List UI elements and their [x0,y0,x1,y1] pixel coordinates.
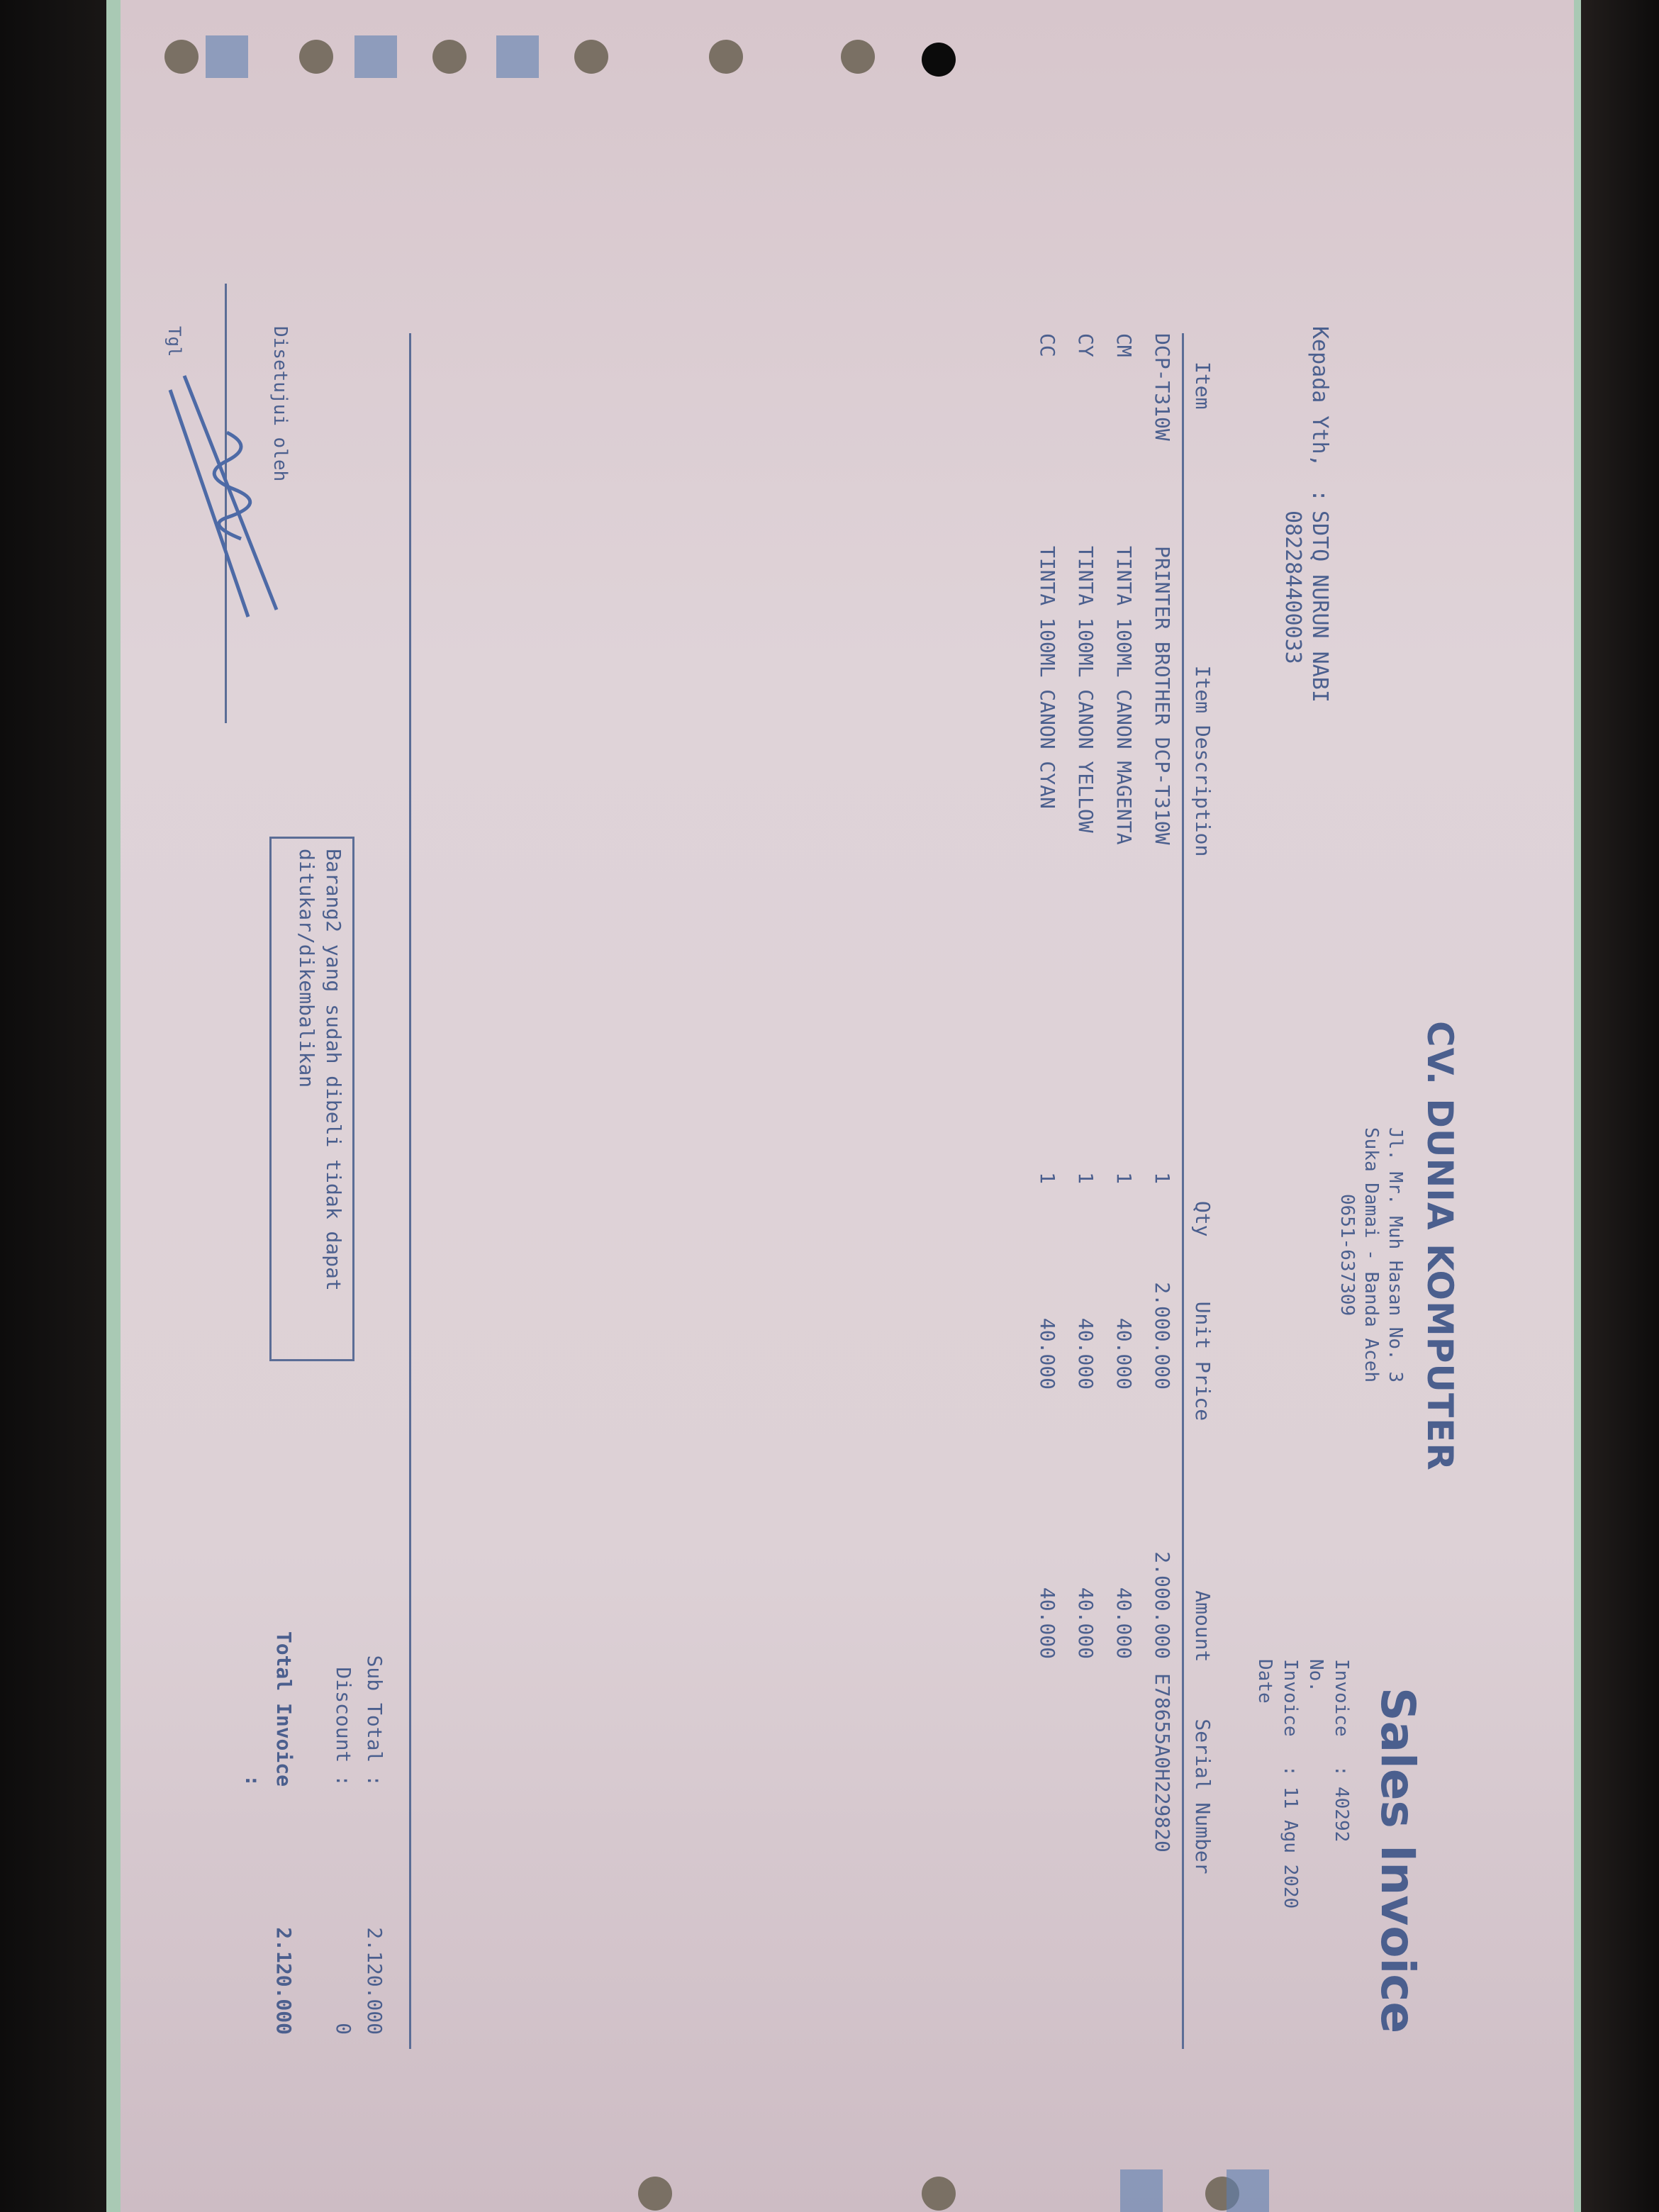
cell-amount: 40.000 [1037,1390,1060,1659]
cell-item: CM [1113,333,1136,546]
line-items-table: Item Item Description Qty Unit Price Amo… [1029,333,1234,2049]
separator: : [1252,1765,1303,1787]
address-line-1: Jl. Mr. Muh Hasan No. 3 [1383,1106,1407,1404]
discount-label: Discount : [328,1616,359,1801]
address-line-2: Suka Damai - Banda Aceh [1359,1106,1383,1404]
table-row: CY TINTA 100ML CANON YELLOW 1 40.000 40.… [1067,333,1105,2049]
subtotal-row: Sub Total : 2.120.000 [359,1616,390,2035]
header-serial: Serial Number [1191,1662,1214,2049]
cell-item: DCP-T310W [1151,333,1175,546]
document-title: Sales Invoice [1370,1687,1425,2033]
subtotal-label: Sub Total : [359,1616,390,1801]
cell-unit-price: 40.000 [1113,1184,1136,1390]
cell-qty: 1 [1075,1127,1098,1184]
cell-description: TINTA 100ML CANON CYAN [1037,546,1060,1127]
notice-line-1: Barang2 yang sudah dibeli tidak dapat [320,849,347,1349]
invoice-date-value: 11 Agu 2020 [1252,1787,1303,1909]
customer-phone-row: 082284400033 [1279,326,1306,703]
total-label: Total Invoice : [237,1616,299,1801]
cell-unit-price: 2.000.000 [1151,1184,1175,1390]
cell-item: CY [1075,333,1098,546]
discount-row: Discount : 0 [328,1616,359,2035]
header-description: Item Description [1191,552,1214,1186]
cell-qty: 1 [1151,1127,1175,1184]
company-address: Jl. Mr. Muh Hasan No. 3 Suka Damai - Ban… [1335,1106,1407,1404]
date-label: Tgl [164,326,184,357]
invoice-no-value: 40292 [1303,1787,1354,1842]
totals-block: Sub Total : 2.120.000 Discount : 0 Total… [237,1616,390,2035]
invoice-document: CV. DUNIA KOMPUTER Jl. Mr. Muh Hasan No.… [128,99,1517,2141]
invoice-date-label: Invoice Date [1252,1659,1303,1765]
footer-divider [409,333,411,2049]
total-value: 2.120.000 [237,1801,299,2035]
table-row: DCP-T310W PRINTER BROTHER DCP-T310W 1 2.… [1144,333,1182,2049]
separator: : [1303,1765,1354,1787]
customer-name: SDTQ NURUN NABI [1306,510,1333,703]
cell-amount: 40.000 [1113,1390,1136,1659]
header-item: Item [1191,333,1214,552]
header-qty: Qty [1191,1186,1214,1237]
company-name: CV. DUNIA KOMPUTER [1419,1021,1460,1471]
customer-name-row: Kepada Yth, : SDTQ NURUN NABI [1306,326,1333,703]
spacer [1279,326,1306,489]
customer-block: Kepada Yth, : SDTQ NURUN NABI 0822844000… [1279,326,1333,703]
cell-qty: 1 [1113,1127,1136,1184]
signature-scribble-icon [149,369,291,624]
cell-amount: 2.000.000 [1151,1390,1175,1659]
cell-serial: E78655A0H229820 [1151,1659,1175,2042]
cell-item: CC [1037,333,1060,546]
cell-qty: 1 [1037,1127,1060,1184]
table-row: CM TINTA 100ML CANON MAGENTA 1 40.000 40… [1105,333,1144,2049]
cell-unit-price: 40.000 [1037,1184,1060,1390]
customer-phone: 082284400033 [1279,510,1306,664]
cell-description: PRINTER BROTHER DCP-T310W [1151,546,1175,1127]
header-amount: Amount [1191,1421,1214,1662]
cell-unit-price: 40.000 [1075,1184,1098,1390]
customer-label: Kepada Yth, [1306,326,1333,489]
notice-line-2: ditukar/dikembalikan [293,849,320,1349]
header-unit-price: Unit Price [1191,1236,1214,1421]
invoice-no-row: Invoice No. : 40292 [1303,1659,1354,1909]
no-return-notice: Barang2 yang sudah dibeli tidak dapat di… [269,837,354,1361]
total-row: Total Invoice : 2.120.000 [237,1616,299,2035]
cell-description: TINTA 100ML CANON YELLOW [1075,546,1098,1127]
company-phone: 0651-637309 [1335,1106,1359,1404]
separator: : [1306,489,1333,510]
subtotal-value: 2.120.000 [359,1801,390,2035]
invoice-meta: Invoice No. : 40292 Invoice Date : 11 Ag… [1252,1659,1354,1909]
discount-value: 0 [328,1801,359,2035]
invoice-date-row: Invoice Date : 11 Agu 2020 [1252,1659,1303,1909]
cell-description: TINTA 100ML CANON MAGENTA [1113,546,1136,1127]
spacer [1279,489,1306,510]
cell-amount: 40.000 [1075,1390,1098,1659]
table-header: Item Item Description Qty Unit Price Amo… [1182,333,1234,2049]
table-row: CC TINTA 100ML CANON CYAN 1 40.000 40.00… [1029,333,1067,2049]
invoice-no-label: Invoice No. [1303,1659,1354,1765]
